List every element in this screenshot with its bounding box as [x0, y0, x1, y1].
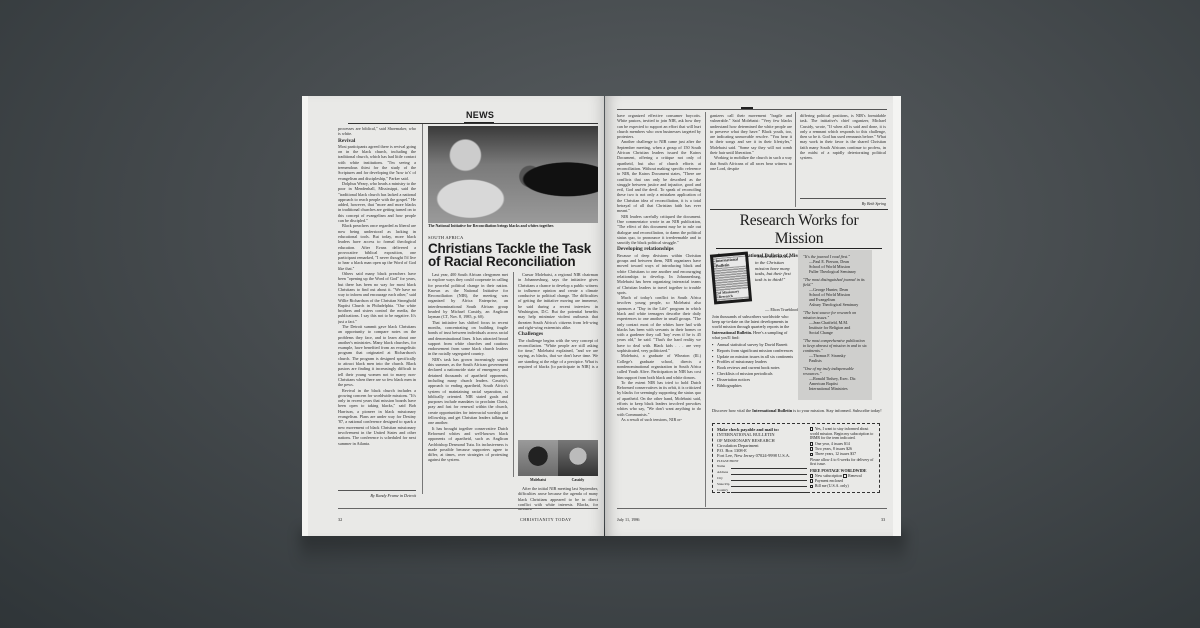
option-subscribe[interactable]: Yes, I want to stay informed about world…	[810, 427, 878, 441]
paragraph: have organized effective consumer boycot…	[617, 113, 701, 139]
testimonial-author: Fuller Theological Seminary	[803, 269, 867, 274]
paragraph: That initiative has shifted focus in rec…	[428, 320, 508, 357]
checkbox[interactable]	[810, 485, 813, 488]
checkbox[interactable]	[843, 474, 846, 477]
testimonials-box: "It's the journal I read first." —Paul E…	[798, 250, 872, 400]
paragraph: NIR leaders carefully critiqued the docu…	[617, 214, 701, 246]
paragraph: Caesar Molebatsi, a regional NIR chairma…	[518, 272, 598, 330]
main-photo	[428, 126, 598, 223]
feature-list: Annual statistical survey by David Barre…	[712, 342, 796, 388]
option-label: Yes, I want to stay informed about world…	[810, 427, 873, 440]
advertisement: Research Works for Mission Let the Inter…	[710, 209, 888, 509]
option-label: New subscription	[815, 474, 842, 478]
testimonial-author: Paulists	[803, 358, 867, 363]
paragraph: differing political positions, is NIR's …	[800, 113, 886, 161]
text: is to your mission. Stay informed. Subsc…	[792, 408, 882, 413]
right-column-3: differing political positions, is NIR's …	[800, 113, 886, 187]
checkbox[interactable]	[810, 447, 813, 450]
paragraph: It has brought together conservative Dut…	[428, 426, 508, 463]
left-column-3-continued: After the initial NIR meeting last Septe…	[518, 486, 598, 510]
header-mark	[741, 107, 753, 109]
subscription-coupon: Make check payable and mail to: INTERNAT…	[712, 423, 880, 493]
column-divider	[513, 272, 514, 477]
list-item: Bibliographies	[712, 383, 796, 388]
testimonial-author: International Ministries	[803, 386, 867, 391]
portrait-caption: Molebatsi	[518, 478, 558, 482]
magazine-spread: NEWS processes are biblical," said Shoem…	[302, 96, 902, 546]
page-number: 32	[338, 517, 342, 522]
option-label: Payment enclosed	[815, 479, 843, 483]
delivery-note: Please allow 4 to 6 weeks for delivery o…	[810, 458, 878, 467]
option-label: Renewal	[848, 474, 862, 478]
paragraph: Revival in the black church includes a g…	[338, 388, 416, 446]
section-header: NEWS	[348, 110, 598, 124]
paragraph: Others said many black preachers have be…	[338, 271, 416, 324]
paragraph: Much of today's conflict in South Africa…	[617, 295, 701, 353]
option-two-years[interactable]: Two years, 8 issues $26	[810, 447, 878, 452]
testimonial-quote: "The most comprehensive publication to k…	[803, 338, 867, 353]
ad-quote: "Those who believe in the Christian miss…	[755, 254, 795, 283]
header-rule	[617, 109, 887, 110]
list-item: Annual statistical survey by David Barre…	[712, 342, 796, 347]
paragraph: Molebatsi, a graduate of Wheaton (Ill.) …	[617, 353, 701, 379]
ad-quote-author: — Elton Trueblood	[765, 307, 798, 312]
option-payment[interactable]: Payment enclosed	[810, 479, 878, 484]
list-item: Book reviews and current book notes	[712, 365, 796, 370]
option-label: Bill me (U.S.A. only)	[815, 484, 849, 488]
cover-footer: of Missionary Research	[718, 289, 749, 300]
column-divider	[422, 124, 423, 494]
lead-text: processes are biblical," said Shoemaker,…	[338, 126, 416, 137]
paragraph: ganizers call their movement "fragile an…	[710, 113, 792, 155]
text: Discover how vital the	[712, 408, 752, 413]
byline: By Beth Spring	[800, 198, 886, 206]
option-label: One year, 4 issues $14	[815, 442, 850, 446]
ad-body: Join thousands of subscribers worldwide …	[712, 314, 796, 388]
header-rule	[348, 123, 598, 124]
list-item: Checklists of mission periodicals	[712, 371, 796, 376]
right-page: have organized effective consumer boycot…	[605, 96, 901, 536]
checkbox[interactable]	[810, 474, 813, 477]
testimonial-quote: "The best source for research on mission…	[803, 310, 867, 320]
right-column-1: have organized effective consumer boycot…	[617, 113, 701, 505]
checkbox[interactable]	[810, 427, 813, 430]
paragraph: To the extent NIR has tried to hold Dutc…	[617, 380, 701, 417]
paragraph: Working to mobilize the church in such a…	[710, 155, 792, 171]
headline: Christians Tackle the Task of Racial Rec…	[428, 242, 600, 268]
checkbox[interactable]	[810, 453, 813, 456]
column-divider	[795, 112, 796, 207]
photo-caption: The National Initiative for Reconciliati…	[428, 224, 598, 228]
country-field[interactable]: Country	[717, 487, 807, 493]
paragraph: After the initial NIR meeting last Septe…	[518, 486, 598, 510]
portrait-molebatsi	[518, 440, 558, 476]
field-label: Country	[717, 487, 731, 493]
list-item: Update on mission issues in all six cont…	[712, 354, 796, 359]
right-column-2: ganizers call their movement "fragile an…	[710, 113, 792, 208]
checkbox[interactable]	[810, 479, 813, 482]
coupon-options: Yes, I want to stay informed about world…	[810, 427, 878, 490]
page-number: 33	[881, 517, 885, 522]
portrait-cassidy	[558, 440, 598, 476]
option-label: Two years, 8 issues $26	[815, 447, 852, 451]
left-page: NEWS processes are biblical," said Shoem…	[302, 96, 604, 536]
paragraph: NIR's task has grown increasingly urgent…	[428, 357, 508, 426]
left-column-3: Caesar Molebatsi, a regional NIR chairma…	[518, 272, 598, 370]
paragraph: Black preachers once regarded as liberal…	[338, 223, 416, 271]
option-new-renewal[interactable]: New subscription Renewal	[810, 474, 878, 479]
option-bill[interactable]: Bill me (U.S.A. only)	[810, 484, 878, 489]
paragraph: Another challenge to NIR came just after…	[617, 139, 701, 213]
testimonial-author: Social Change	[803, 330, 867, 335]
byline: By Randy Frame in Detroit	[338, 490, 416, 498]
column-divider	[705, 112, 706, 507]
paragraph: Last year, 400 South African clergymen m…	[428, 272, 508, 320]
paragraph: Most participants agreed there is reviva…	[338, 144, 416, 181]
option-three-years[interactable]: Three years, 12 issues $37	[810, 452, 878, 457]
footer-rule	[617, 508, 887, 509]
footer-rule	[338, 508, 598, 509]
text: Join thousands of subscribers worldwide …	[712, 314, 789, 329]
ad-body-text: Join thousands of subscribers worldwide …	[712, 314, 796, 340]
paragraph: Because of deep divisions within Christi…	[617, 253, 701, 295]
portrait-caption: Cassidy	[558, 478, 598, 482]
section-label: NEWS	[466, 110, 494, 120]
checkbox[interactable]	[810, 442, 813, 445]
paragraph: Dolphus Weary, who heads a ministry to t…	[338, 181, 416, 223]
left-column-1: processes are biblical," said Shoemaker,…	[338, 126, 416, 506]
testimonial-quote: "One of my truly indispensable resources…	[803, 366, 867, 376]
option-label: Three years, 12 issues $37	[815, 452, 856, 456]
journal-cover-image: International Bulletin of Missionary Res…	[710, 251, 752, 304]
paragraph: The challenge begins with the very conce…	[518, 338, 598, 370]
paragraph: As a result of such tensions, NIR or-	[617, 417, 701, 422]
cover-title: International Bulletin	[715, 257, 746, 269]
paragraph: The Detroit summit gave black Christians…	[338, 324, 416, 388]
testimonial-quote: "The most distinguished journal in its f…	[803, 277, 867, 287]
list-item: Dissertation notices	[712, 377, 796, 382]
ad-title: Research Works for Mission	[716, 210, 882, 249]
text-bold: International Bulletin	[752, 408, 792, 413]
list-item: Profiles of missionary leaders	[712, 359, 796, 364]
coupon-heading: Make check payable and mail to:	[717, 427, 779, 432]
coupon-address: Make check payable and mail to: INTERNAT…	[717, 427, 807, 493]
testimonial-author: Asbury Theological Seminary	[803, 302, 867, 307]
issue-date: July 11, 1986	[617, 517, 640, 522]
ad-call-to-action: Discover how vital the International Bul…	[712, 408, 882, 413]
magazine-name: CHRISTIANITY TODAY	[520, 517, 572, 522]
list-item: Reports from significant mission confere…	[712, 348, 796, 353]
left-column-2: Last year, 400 South African clergymen m…	[428, 272, 508, 480]
kicker: SOUTH AFRICA	[428, 235, 463, 240]
option-one-year[interactable]: One year, 4 issues $14	[810, 442, 878, 447]
